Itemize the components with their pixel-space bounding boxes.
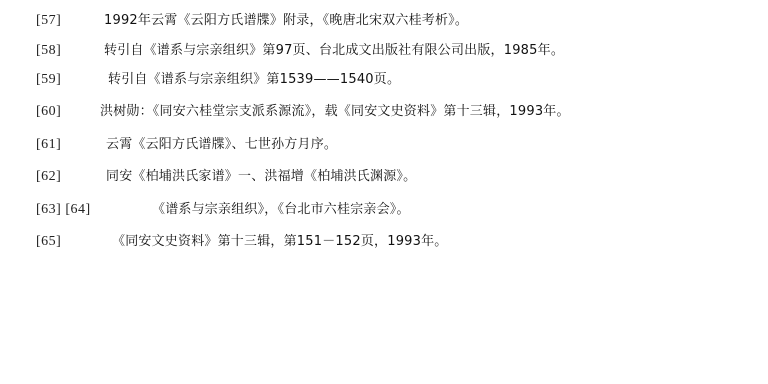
footnote-text: 同安《柏埔洪氏家谱》一、洪福增《柏埔洪氏渊源》。 xyxy=(106,166,416,188)
footnote-text: 1992年云霄《云阳方氏谱牒》附录，《晚唐北宋双六桂考析》。 xyxy=(104,10,468,32)
footnote-number: [58] xyxy=(36,40,61,62)
footnote-text: 转引自《谱系与宗亲组织》第1539——1540页。 xyxy=(108,69,400,91)
footnote-number: [61] xyxy=(36,134,61,156)
footnote-number: [57] xyxy=(36,10,61,32)
footnote-number: [65] xyxy=(36,231,61,253)
footnote-number: [60] xyxy=(36,101,61,123)
footnote-text: 洪树勋：《同安六桂堂宗支派系源流》，载《同安文史资料》第十三辑，1993年。 xyxy=(100,101,570,123)
footnote-number: [62] xyxy=(36,166,61,188)
footnote-text: 《谱系与宗亲组织》，《台北市六桂宗亲会》。 xyxy=(152,199,410,221)
footnote-number: [63] [64] xyxy=(36,199,91,221)
footnote-number: [59] xyxy=(36,69,61,91)
footnote-text: 转引自《谱系与宗亲组织》第97页、台北成文出版社有限公司出版，1985年。 xyxy=(104,40,564,62)
footnote-text: 云霄《云阳方氏谱牒》、七世孙方月序。 xyxy=(106,134,337,156)
footnote-text: 《同安文史资料》第十三辑，第151－152页，1993年。 xyxy=(112,231,448,253)
footnotes-page: [57] 1992年云霄《云阳方氏谱牒》附录，《晚唐北宋双六桂考析》。 [58]… xyxy=(0,0,768,384)
